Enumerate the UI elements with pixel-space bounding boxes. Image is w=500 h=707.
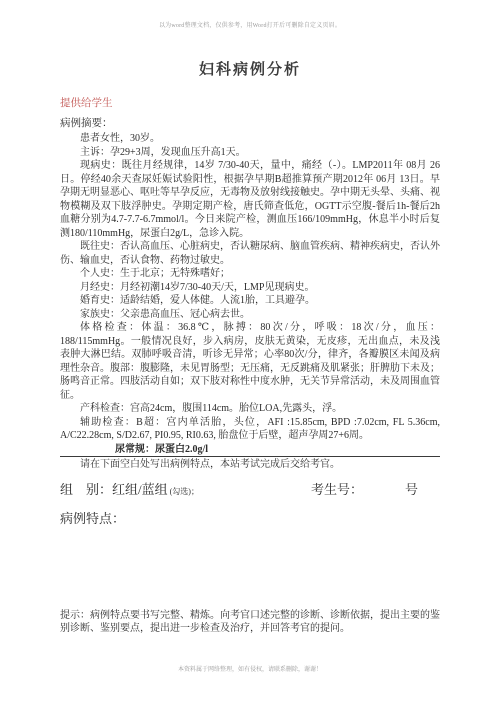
case-summary-body: 患者女性，30岁。 主诉：孕29+3周，发现血压升高1天。 现病史：既往月经规律…	[60, 132, 440, 443]
group-and-candidate-row: 组 别： 红组/蓝组 (勾选)； 考生号： 号	[60, 479, 440, 498]
group-tick-note: (勾选)；	[170, 486, 199, 497]
case-paragraph-physical-exam: 体格检查：体温：36.8℃，脉搏：80次/分，呼吸：18次/分，血压：188/1…	[60, 321, 440, 402]
case-paragraph-obstetric-exam: 产科检查：宫高24cm，腹围114cm。胎位LOA,先露头，浮。	[60, 402, 440, 416]
footer-watermark-note: 本资料属于网络整理，如有侵权，请联系删除，谢谢！	[0, 664, 500, 673]
urine-test-text: 尿常规：尿蛋白2.0g/l	[115, 444, 208, 455]
document-page: 以为word整理文档，仅供参考，用Word打开后可删除自定义页眉。 妇科病例分析…	[0, 0, 500, 707]
case-paragraph-personal-history: 个人史：生于北京；无特殊嗜好；	[60, 267, 440, 281]
header-watermark-note: 以为word整理文档，仅供参考，用Word打开后可删除自定义页眉。	[0, 20, 500, 29]
blank-writing-area	[60, 527, 440, 609]
document-content: 妇科病例分析 提供给学生 病例摘要： 患者女性，30岁。 主诉：孕29+3周，发…	[60, 58, 440, 636]
case-paragraph-present-illness: 现病史：既往月经规律，14岁 7/30-40天，量中，痛经（-）。LMP2011…	[60, 159, 440, 240]
group-value: 红组/蓝组	[112, 479, 168, 498]
candidate-number-label: 考生号：	[311, 479, 363, 498]
case-paragraph-marital-history: 婚育史：适龄结婚，爱人体健。人流1胎，工具避孕。	[60, 294, 440, 308]
case-paragraph-past-history: 既往史：否认高血压、心脏病史，否认糖尿病、脑血管疾病、精神疾病史，否认外伤、输血…	[60, 240, 440, 267]
case-summary-label: 病例摘要：	[60, 115, 440, 130]
case-features-label: 病例特点：	[60, 508, 440, 527]
case-paragraph-menstrual-history: 月经史：月经初潮14岁7/30-40天/天，LMP见现病史。	[60, 281, 440, 295]
group-label: 组 别：	[60, 479, 112, 498]
case-paragraph-patient: 患者女性，30岁。	[60, 132, 440, 146]
case-paragraph-family-history: 家族史：父亲患高血压、冠心病去世。	[60, 308, 440, 322]
hint-paragraph: 提示：病例特点要书写完整、精炼。向考官口述完整的诊断、诊断依据，提出主要的鉴别诊…	[60, 609, 440, 636]
case-paragraph-auxiliary-exam: 辅助检查：B超：宫内单活胎，头位，AFI :15.85cm, BPD :7.02…	[60, 416, 440, 443]
candidate-number-suffix: 号	[405, 479, 418, 498]
case-paragraph-chief-complaint: 主诉：孕29+3周，发现血压升高1天。	[60, 146, 440, 160]
exam-instruction-line: 请在下面空白处写出病例特点，本站考试完成后交给考官。	[60, 458, 440, 472]
urine-test-underlined-line: 尿常规：尿蛋白2.0g/l	[60, 443, 440, 458]
page-title: 妇科病例分析	[60, 58, 440, 79]
audience-label: 提供给学生	[60, 95, 440, 110]
